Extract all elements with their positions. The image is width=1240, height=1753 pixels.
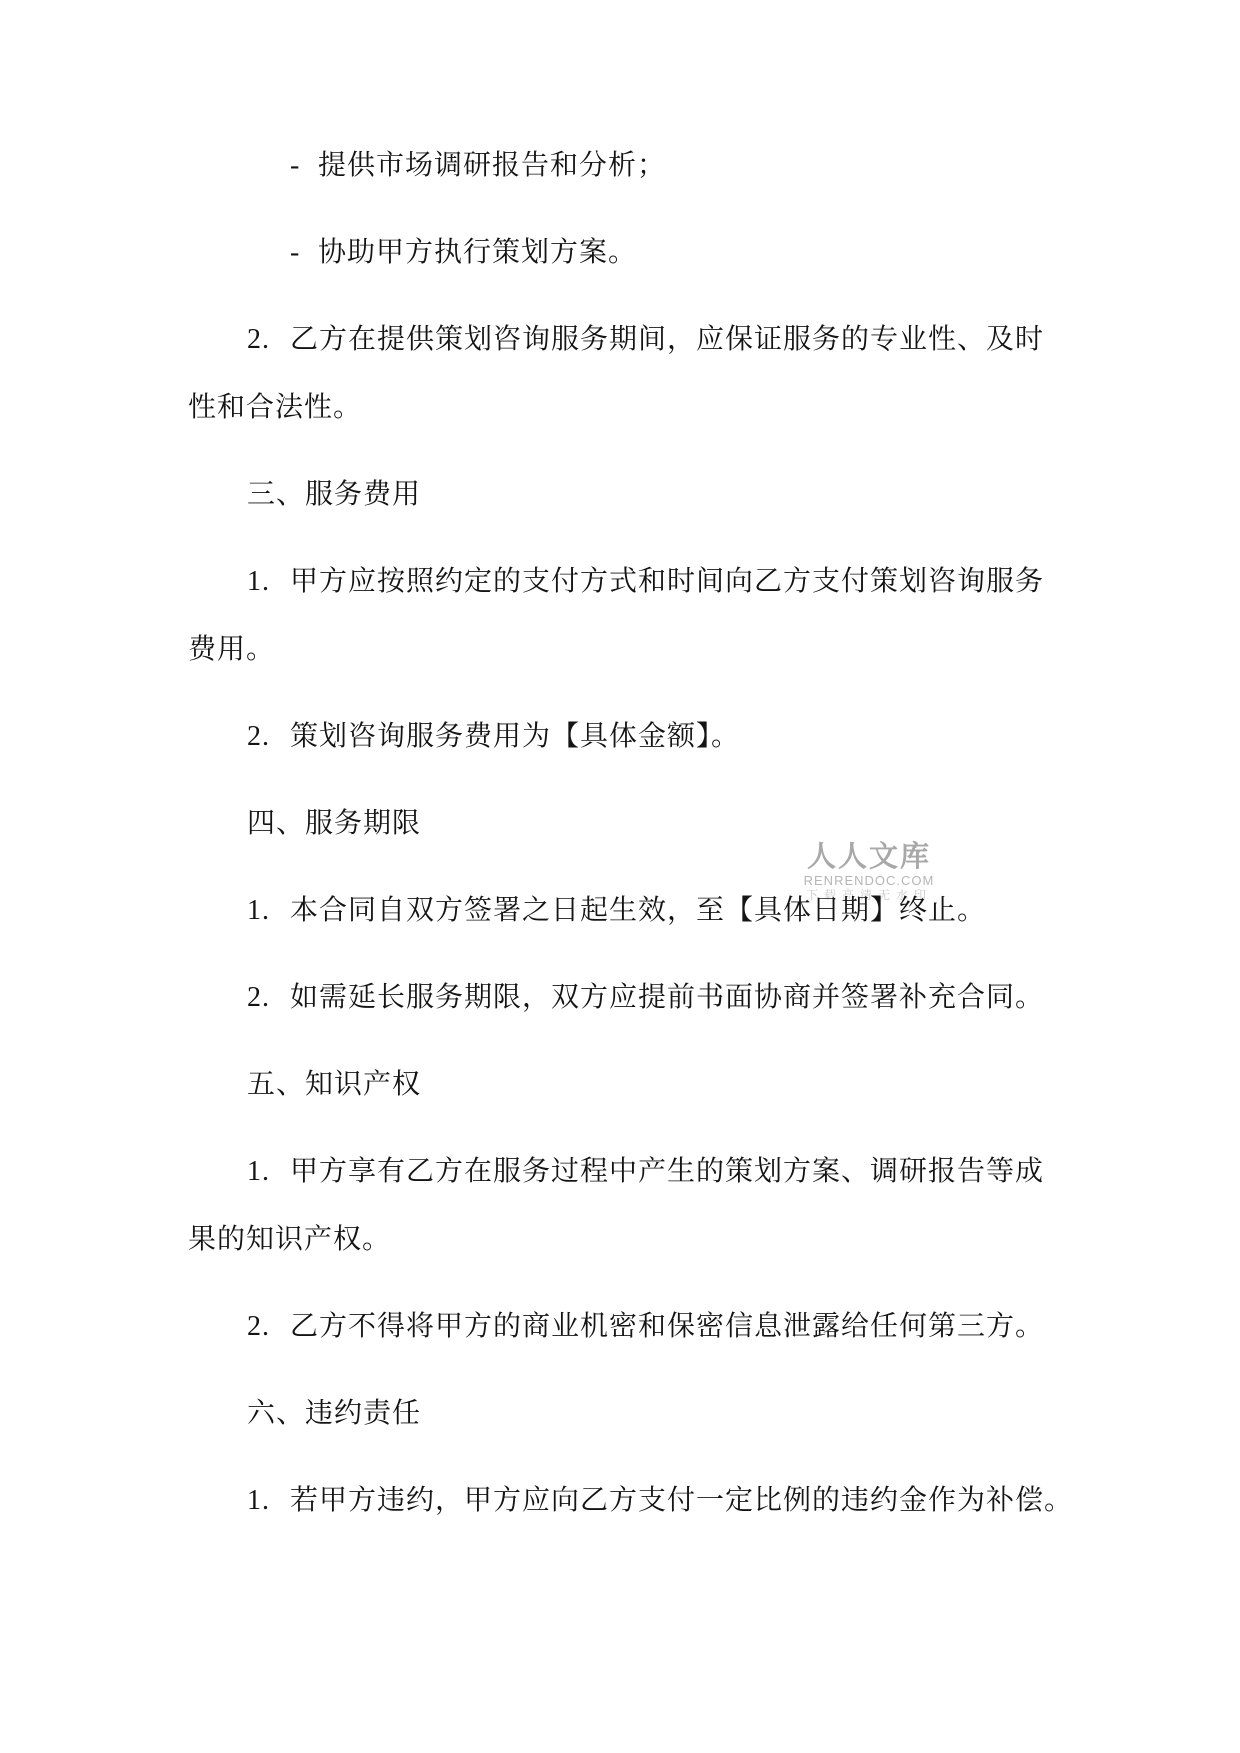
line-text: 策划咨询服务费用为【具体金额】。 [290,721,740,752]
clause-number: 2. [247,1293,290,1361]
line-text: 四、服务期限 [247,808,421,839]
clause-line: 2.乙方不得将甲方的商业机密和保密信息泄露给任何第三方。 [188,1293,1088,1361]
section-heading: 三、服务费用 [188,461,1088,529]
section-heading: 五、知识产权 [188,1051,1088,1119]
line-text: 五、知识产权 [247,1069,421,1100]
section-heading: 四、服务期限 [188,790,1088,858]
line-text: 性和合法性。 [188,392,362,423]
line-text: 费用。 [188,634,275,665]
clause-line: 2.如需延长服务期限，双方应提前书面协商并签署补充合同。 [188,964,1088,1032]
clause-line: 1.甲方享有乙方在服务过程中产生的策划方案、调研报告等成 [188,1138,1088,1206]
line-text: 甲方应按照约定的支付方式和时间向乙方支付策划咨询服务 [290,566,1044,597]
line-text: 乙方不得将甲方的商业机密和保密信息泄露给任何第三方。 [290,1311,1044,1342]
clause-number: 1. [247,1138,290,1206]
clause-number: 1. [247,877,290,945]
clause-line: 1.若甲方违约，甲方应向乙方支付一定比例的违约金作为补偿。 [188,1467,1088,1535]
clause-continuation-line: 果的知识产权。 [188,1206,1088,1274]
dash-item-line: -协助甲方执行策划方案。 [188,219,1088,287]
clause-line: 1.甲方应按照约定的支付方式和时间向乙方支付策划咨询服务 [188,548,1088,616]
dash-marker: - [290,132,318,200]
line-text: 如需延长服务期限，双方应提前书面协商并签署补充合同。 [290,982,1044,1013]
line-text: 乙方在提供策划咨询服务期间，应保证服务的专业性、及时 [290,324,1044,355]
clause-line: 1.本合同自双方签署之日起生效，至【具体日期】终止。 [188,877,1088,945]
clause-number: 2. [247,964,290,1032]
section-heading: 六、违约责任 [188,1380,1088,1448]
clause-line: 2.乙方在提供策划咨询服务期间，应保证服务的专业性、及时 [188,306,1088,374]
clause-number: 2. [247,703,290,771]
clause-number: 1. [247,1467,290,1535]
line-text: 提供市场调研报告和分析； [318,150,666,181]
line-text: 果的知识产权。 [188,1224,391,1255]
line-text: 本合同自双方签署之日起生效，至【具体日期】终止。 [290,895,986,926]
line-text: 六、违约责任 [247,1398,421,1429]
clause-number: 1. [247,548,290,616]
dash-item-line: -提供市场调研报告和分析； [188,132,1088,200]
document-page: 人人文库 RENRENDOC.COM 下载高清无水印 -提供市场调研报告和分析；… [0,0,1240,1753]
line-text: 三、服务费用 [247,479,421,510]
clause-continuation-line: 费用。 [188,616,1088,684]
document-content: -提供市场调研报告和分析； -协助甲方执行策划方案。 2.乙方在提供策划咨询服务… [188,132,1088,1535]
clause-line: 2.策划咨询服务费用为【具体金额】。 [188,703,1088,771]
clause-continuation-line: 性和合法性。 [188,374,1088,442]
line-text: 协助甲方执行策划方案。 [318,237,637,268]
line-text: 若甲方违约，甲方应向乙方支付一定比例的违约金作为补偿。 [290,1485,1073,1516]
line-text: 甲方享有乙方在服务过程中产生的策划方案、调研报告等成 [290,1156,1044,1187]
clause-number: 2. [247,306,290,374]
dash-marker: - [290,219,318,287]
